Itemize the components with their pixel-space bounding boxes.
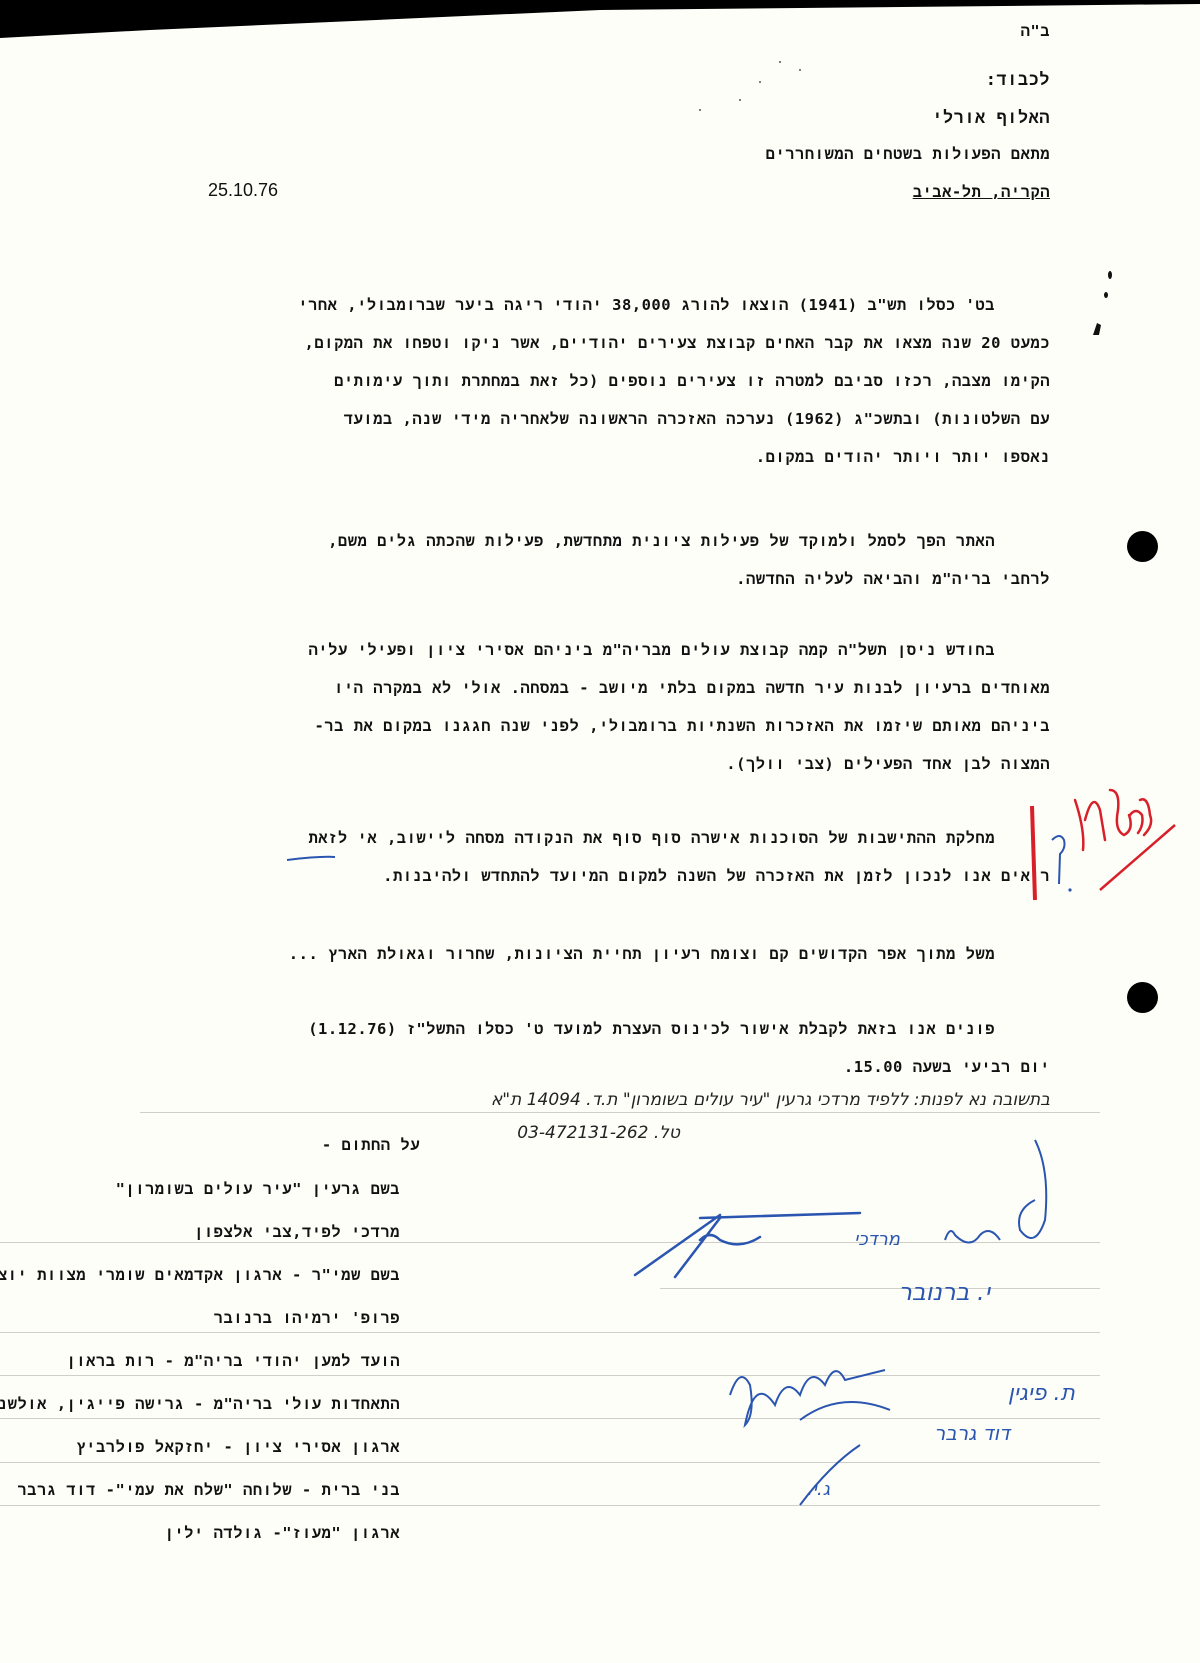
body-line: בט' כסלו תש"ב (1941) הוצאו להורג 38,000 … xyxy=(298,296,995,315)
body-line: מחלקת ההתישבות של הסוכנות אישרה סוף סוף … xyxy=(309,829,996,848)
body-line: נאספו יותר ויותר יהודים במקום. xyxy=(756,448,1050,467)
body-line: ביניהם מאותם שיזמו את האזכרות השנתיות בר… xyxy=(314,717,1050,736)
signatory-line: פרופ' ירמיהו ברנובר xyxy=(214,1309,400,1328)
svg-text:מרדכי: מרדכי xyxy=(854,1229,901,1250)
body-line: מאוחדים ברעיון לבנות עיר חדשה במקום בלתי… xyxy=(334,679,1050,698)
letter-date: 25.10.76 xyxy=(208,180,278,201)
body-line: יום רביעי בשעה 15.00. xyxy=(844,1058,1050,1077)
body-line: בחודש ניסן תשל"ה קמה קבוצת עולים מבריה"מ… xyxy=(309,641,996,660)
signatory-line: הועד למען יהודי בריה"מ - רות בראון xyxy=(67,1352,401,1371)
letter-page: ב"ה לכבוד: האלוף אורלי מתאם הפעולות בשטח… xyxy=(0,0,1200,1663)
body-line: המצוה לבן אחד הפעילים (צבי וולך). xyxy=(726,755,1050,774)
recipient-title: מתאם הפעולות בשטחים המשוחררים xyxy=(766,145,1050,164)
recipient-address: הקריה, תל-אביב xyxy=(913,183,1050,202)
body-line: כמעט 20 שנה מצאו את קבר האחים קבוצת צעיר… xyxy=(305,334,1050,353)
signature-feigin: ת. פיגין xyxy=(1008,1381,1075,1406)
body-line: פונים אנו בזאת לקבלת אישור לכינוס העצרת … xyxy=(308,1020,995,1039)
signatory-line: מרדכי לפיד,צבי אלצפון xyxy=(194,1223,400,1242)
body-line: הקימו מצבה, רכזו סביבם למטרה זו צעירים נ… xyxy=(334,372,1050,391)
body-line: האתר הפך לסמל ולמוקד של פעילות ציונית מת… xyxy=(328,532,995,551)
svg-text:ג.י.: ג.י. xyxy=(807,1479,830,1500)
signatory-line: בשם גרעין "עיר עולים בשומרון" xyxy=(116,1180,400,1199)
signatory-line: בני ברית - שלוחה "שלח את עמי"- דוד גרבר xyxy=(17,1481,400,1500)
signature-gerber: דוד גרבר xyxy=(934,1421,1012,1445)
header-mark: ב"ה xyxy=(1021,22,1050,41)
signature-lapid xyxy=(635,1213,860,1277)
to-label: לכבוד: xyxy=(986,70,1050,91)
body-line: לרחבי בריה"מ והביאה לעליה החדשה. xyxy=(736,570,1050,589)
signatory-line: ארגון "מעוז"- גולדה ילין xyxy=(165,1524,400,1543)
punch-hole-bottom xyxy=(1127,982,1158,1013)
recipient-name: האלוף אורלי xyxy=(932,108,1050,129)
handwritten-phone: טל. 03-472131-262 xyxy=(517,1123,680,1143)
red-signature xyxy=(1075,790,1151,850)
signatory-line: ארגון אסירי ציון - יחזקאל פולרביץ xyxy=(76,1438,400,1457)
body-line: משל מתוך אפר הקדושים קם וצומח רעיון תחיי… xyxy=(289,945,995,964)
signature-polarevich xyxy=(730,1370,890,1425)
signoff-label: על החתום - xyxy=(322,1136,420,1155)
punch-hole-top xyxy=(1127,531,1158,562)
handwritten-reply-note: בתשובה נא לפנות: ללפיד מרדכי גרעין "עיר … xyxy=(491,1090,1050,1110)
signatory-line: התאחדות עולי בריה"מ - גרישה פייגין, אולש… xyxy=(0,1395,400,1414)
body-line: רואים אנו לנכון לזמן את האזכרה של השנה ל… xyxy=(383,867,1050,886)
signatory-line: בשם שמי"ר - ארגון אקדמאים שומרי מצוות יו… xyxy=(0,1266,400,1285)
blue-underline xyxy=(287,857,335,860)
body-line: עם השלטונות) ובתשכ"ג (1962) נערכה האזכרה… xyxy=(344,410,1050,429)
signature-brenover: י. ברנובר xyxy=(898,1278,991,1306)
